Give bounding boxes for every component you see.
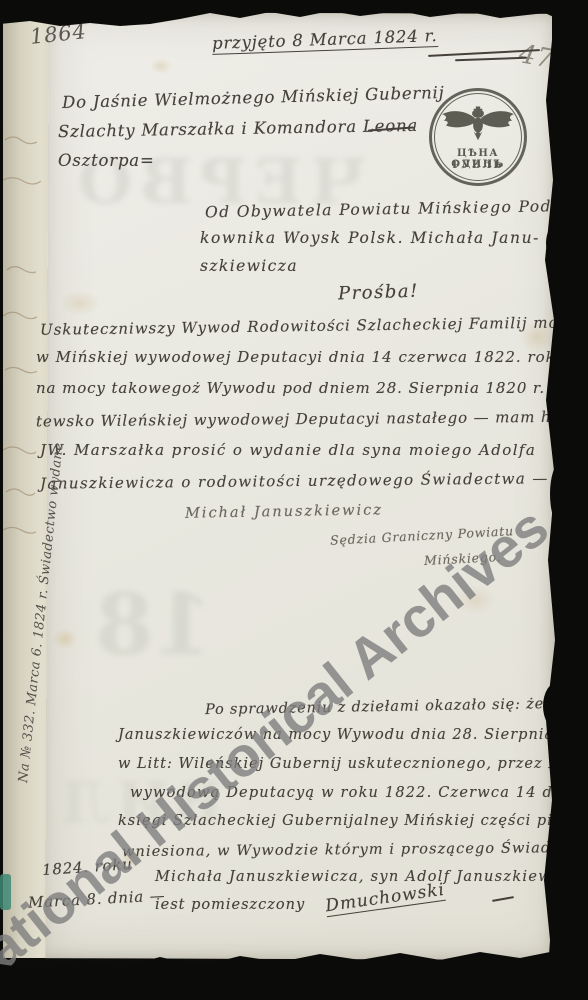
scan-border-blob <box>550 462 572 526</box>
petition-title: Prośba! <box>338 281 419 305</box>
binding-mark <box>0 874 11 910</box>
body-line: JW. Marszałka prosić o wydanie dla syna … <box>40 441 536 459</box>
resolution-line: iest pomieszczony <box>155 897 305 913</box>
body-line: w Mińskiej wywodowej Deputacyi dnia 14 c… <box>36 348 572 366</box>
sender-line: szkiewicza <box>200 257 298 275</box>
scan-border-blob <box>548 858 572 898</box>
resolution-line: Michała Januszkiewicza, syn Adolf Janusz… <box>155 869 576 885</box>
body-line: na mocy takowegoż Wywodu pod dniem 28. S… <box>36 379 588 397</box>
stamp-price-line2: РУБЛЬ <box>429 160 527 171</box>
resolution-line: Januszkiewiczów na mocy Wywodu dnia 28. … <box>118 727 588 743</box>
address-line: Osztorpa= <box>58 151 155 170</box>
scan-border-blob <box>543 682 573 730</box>
document-scan: ЧЕРВО 18 ВИЛ 1864 47 przyjęto 8 Marca 18… <box>0 0 588 1000</box>
show-through-text: 18 <box>95 575 212 674</box>
sender-line: kownika Woysk Polsk. Michała Janu- <box>200 229 540 247</box>
scan-border-blob <box>546 222 572 264</box>
double-headed-eagle-icon <box>440 102 516 148</box>
revenue-stamp: ЦѢНА ОДИНЪ РУБЛЬ <box>429 88 527 186</box>
